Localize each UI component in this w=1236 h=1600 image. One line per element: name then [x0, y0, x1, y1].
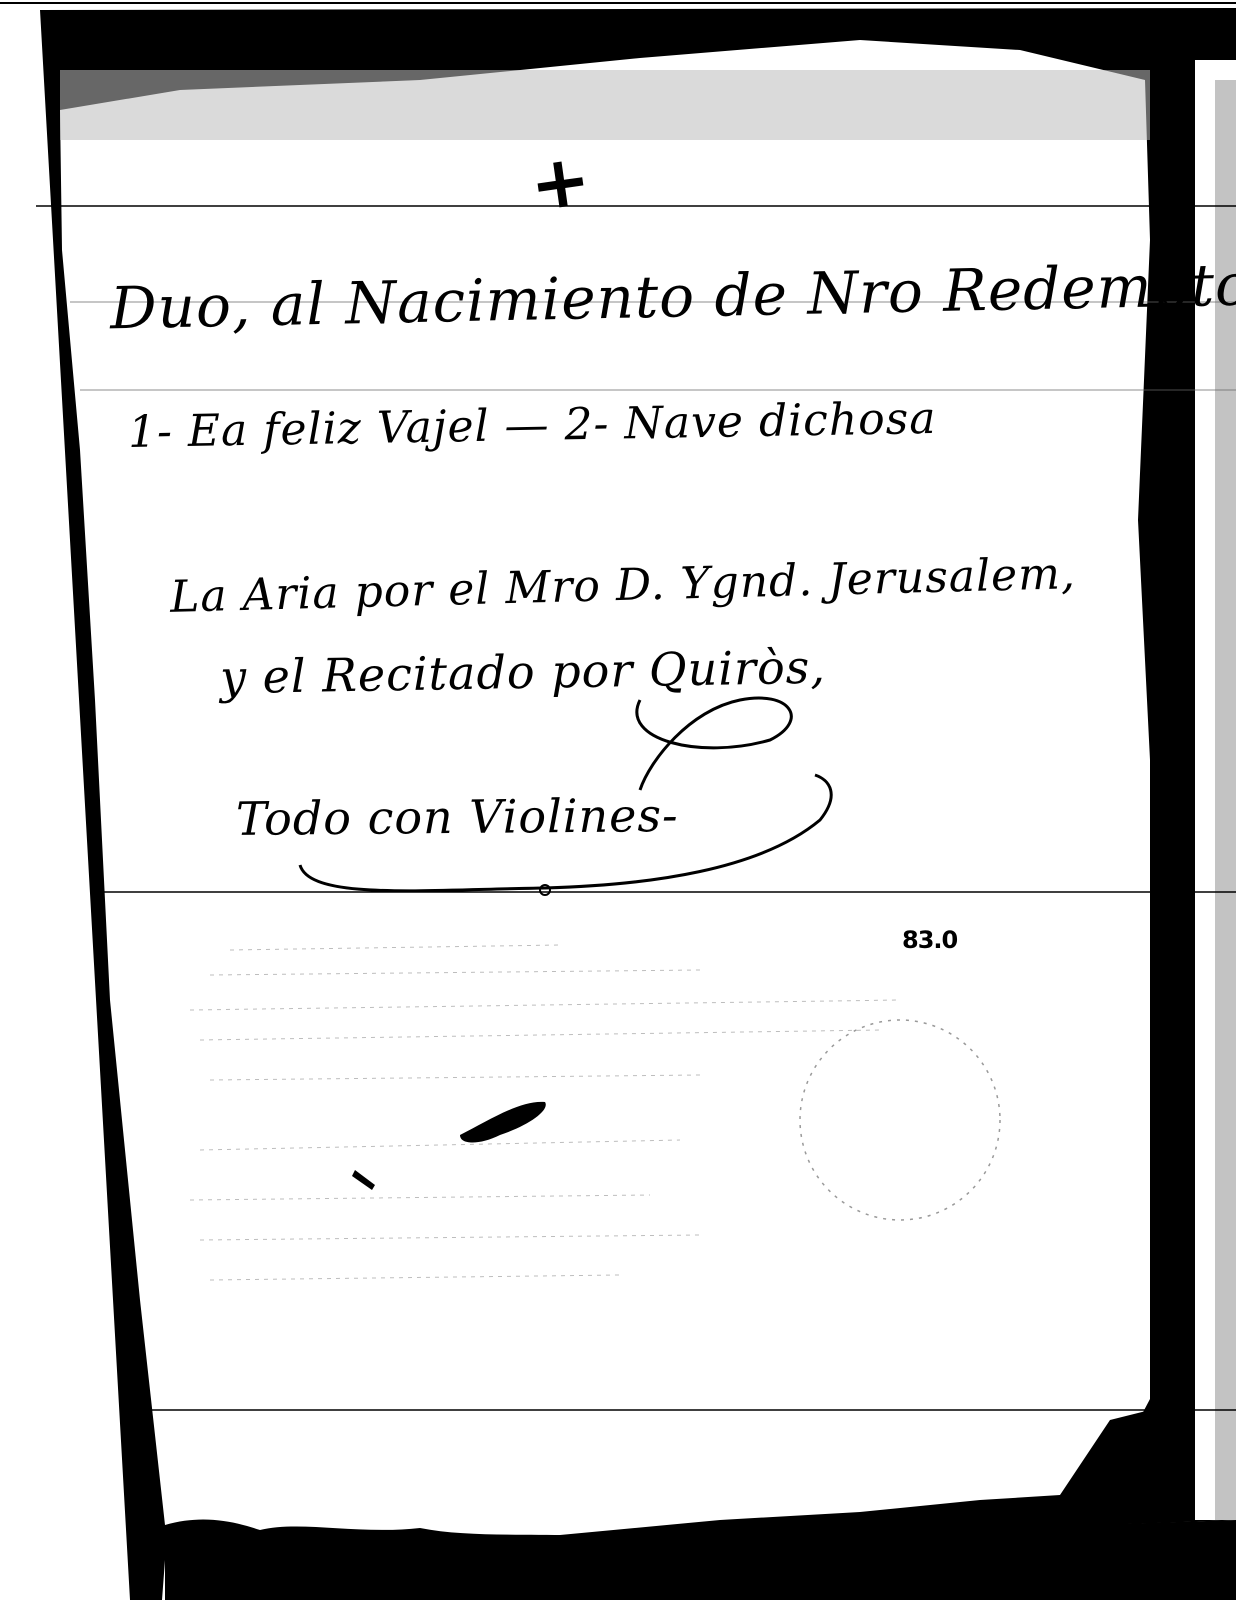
- right-dark-strip: [1150, 20, 1195, 1520]
- manuscript-instrumentation: Todo con Violines-: [236, 788, 679, 846]
- folio-number: 83.0: [902, 926, 957, 954]
- manuscript-recitado-credit: y el Recitado por Quiròs,: [220, 640, 827, 705]
- top-noise-band: [60, 70, 1150, 140]
- header-cross-mark: +: [524, 136, 595, 228]
